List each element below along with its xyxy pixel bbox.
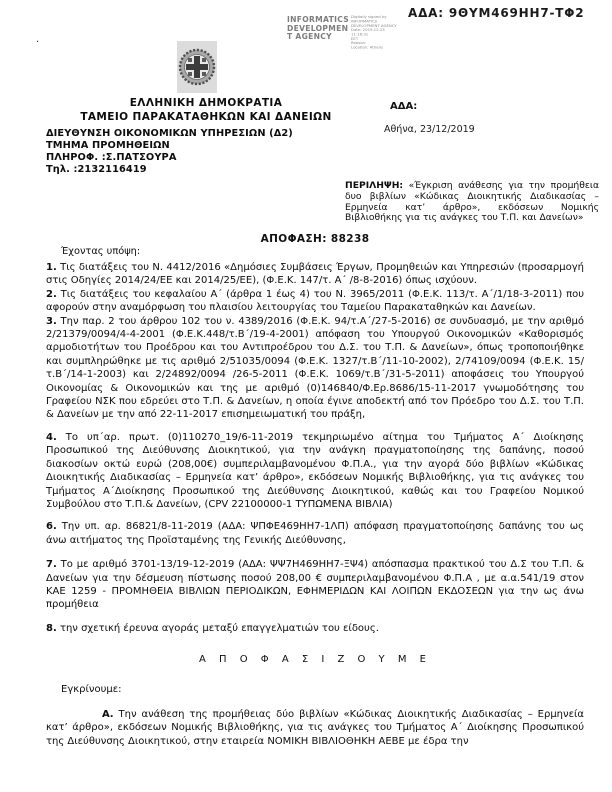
having-regard: Έχοντας υπόψη: [61, 246, 140, 257]
decision-number: 88238 [331, 233, 370, 245]
point-a: Α. Την ανάθεση της προμήθειας δύο βιβλίω… [46, 708, 584, 748]
decision-title: ΑΠΟΦΑΣΗ: 88238 [46, 233, 584, 245]
item-3-number: 3. [46, 316, 57, 327]
item-2-number: 2. [46, 289, 57, 300]
document-body: 1. Τις διατάξεις του Ν. 4412/2016 «Δημόσ… [46, 261, 584, 748]
stray-dot: . [36, 34, 39, 45]
summary-label: ΠΕΡΙΛΗΨΗ: [345, 180, 403, 191]
republic-title: ΕΛΛΗΝΙΚΗ ΔΗΜΟΚΡΑΤΙΑ [0, 97, 412, 109]
item-1-text: Τις διατάξεις του Ν. 4412/2016 «Δημόσιες… [46, 262, 584, 286]
decision-label: ΑΠΟΦΑΣΗ: [261, 233, 327, 245]
item-4-number: 4. [46, 432, 57, 443]
digital-signature-agency: INFORMATICS DEVELOPMEN T AGENCY [287, 16, 351, 42]
item-8: 8. την σχετική έρευνα αγοράς μεταξύ επαγ… [46, 622, 584, 635]
ada-label: ΑΔΑ: [390, 101, 417, 112]
contact-block: ΔΙΕΥΘΥΝΣΗ ΟΙΚΟΝΟΜΙΚΩΝ ΥΠΗΡΕΣΙΩΝ (Δ2) ΤΜΗ… [46, 128, 293, 176]
summary-block: ΠΕΡΙΛΗΨΗ: «Έγκριση ανάθεσης για την προμ… [345, 181, 599, 224]
greek-emblem-seal [177, 41, 217, 93]
resolution-heading: Α Π Ο Φ Α Σ Ι Ζ Ο Υ Μ Ε [46, 653, 584, 666]
item-2: 2. Τις διατάξεις του κεφαλαίου Α΄ (άρθρα… [46, 288, 584, 315]
ada-code: ΑΔΑ: 9ΘΥΜ469ΗΗ7-ΤΦ2 [408, 6, 584, 20]
organization-title: ΤΑΜΕΙΟ ΠΑΡΑΚΑΤΑΘΗΚΩΝ ΚΑΙ ΔΑΝΕΙΩΝ [0, 111, 412, 123]
department-line: ΤΜΗΜΑ ΠΡΟΜΗΘΕΙΩΝ [46, 140, 293, 152]
item-7: 7. Το με αριθμό 3701-13/19-12-2019 (ΑΔΑ:… [46, 558, 584, 612]
item-1: 1. Τις διατάξεις του Ν. 4412/2016 «Δημόσ… [46, 261, 584, 288]
header-center: ΕΛΛΗΝΙΚΗ ΔΗΜΟΚΡΑΤΙΑ ΤΑΜΕΙΟ ΠΑΡΑΚΑΤΑΘΗΚΩΝ… [0, 97, 412, 123]
item-3: 3. Την παρ. 2 του άρθρου 102 του ν. 4389… [46, 315, 584, 422]
item-4-text: Το υπ΄αρ. πρωτ. (0)110270_19/6-11-2019 τ… [46, 432, 584, 510]
approve-line: Εγκρίνουμε: [61, 683, 584, 696]
item-1-number: 1. [46, 262, 57, 273]
point-a-text: Την ανάθεση της προμήθειας δύο βιβλίων «… [46, 709, 584, 747]
item-8-number: 8. [46, 623, 57, 634]
document-page: . ΑΔΑ: 9ΘΥΜ469ΗΗ7-ΤΦ2 INFORMATICS DEVELO… [0, 0, 612, 792]
item-2-text: Τις διατάξεις του κεφαλαίου Α΄ (άρθρα 1 … [46, 289, 584, 313]
info-contact-line: ΠΛΗΡΟΦ. :Σ.ΠΑΤΣΟΥΡΑ [46, 152, 293, 164]
item-6-number: 6. [46, 521, 57, 532]
city-date: Αθήνα, 23/12/2019 [384, 124, 475, 135]
item-6-text: Την υπ. αρ. 86821/8-11-2019 (ΑΔΑ: ΨΠΦΕ46… [46, 521, 584, 545]
item-3-text: Την παρ. 2 του άρθρου 102 του ν. 4389/20… [46, 316, 584, 421]
item-7-number: 7. [46, 559, 57, 570]
directorate-line: ΔΙΕΥΘΥΝΣΗ ΟΙΚΟΝΟΜΙΚΩΝ ΥΠΗΡΕΣΙΩΝ (Δ2) [46, 128, 293, 140]
point-a-number: Α. [102, 709, 114, 720]
item-4: 4. Το υπ΄αρ. πρωτ. (0)110270_19/6-11-201… [46, 431, 584, 511]
item-7-text: Το με αριθμό 3701-13/19-12-2019 (ΑΔΑ: ΨΨ… [46, 559, 584, 610]
item-8-text: την σχετική έρευνα αγοράς μεταξύ επαγγελ… [60, 623, 379, 634]
item-6: 6. Την υπ. αρ. 86821/8-11-2019 (ΑΔΑ: ΨΠΦ… [46, 520, 584, 547]
digital-signature-details: Digitally signed by INFORMATICS DEVELOPM… [351, 15, 401, 50]
phone-line: Τηλ. :2132116419 [46, 164, 293, 176]
